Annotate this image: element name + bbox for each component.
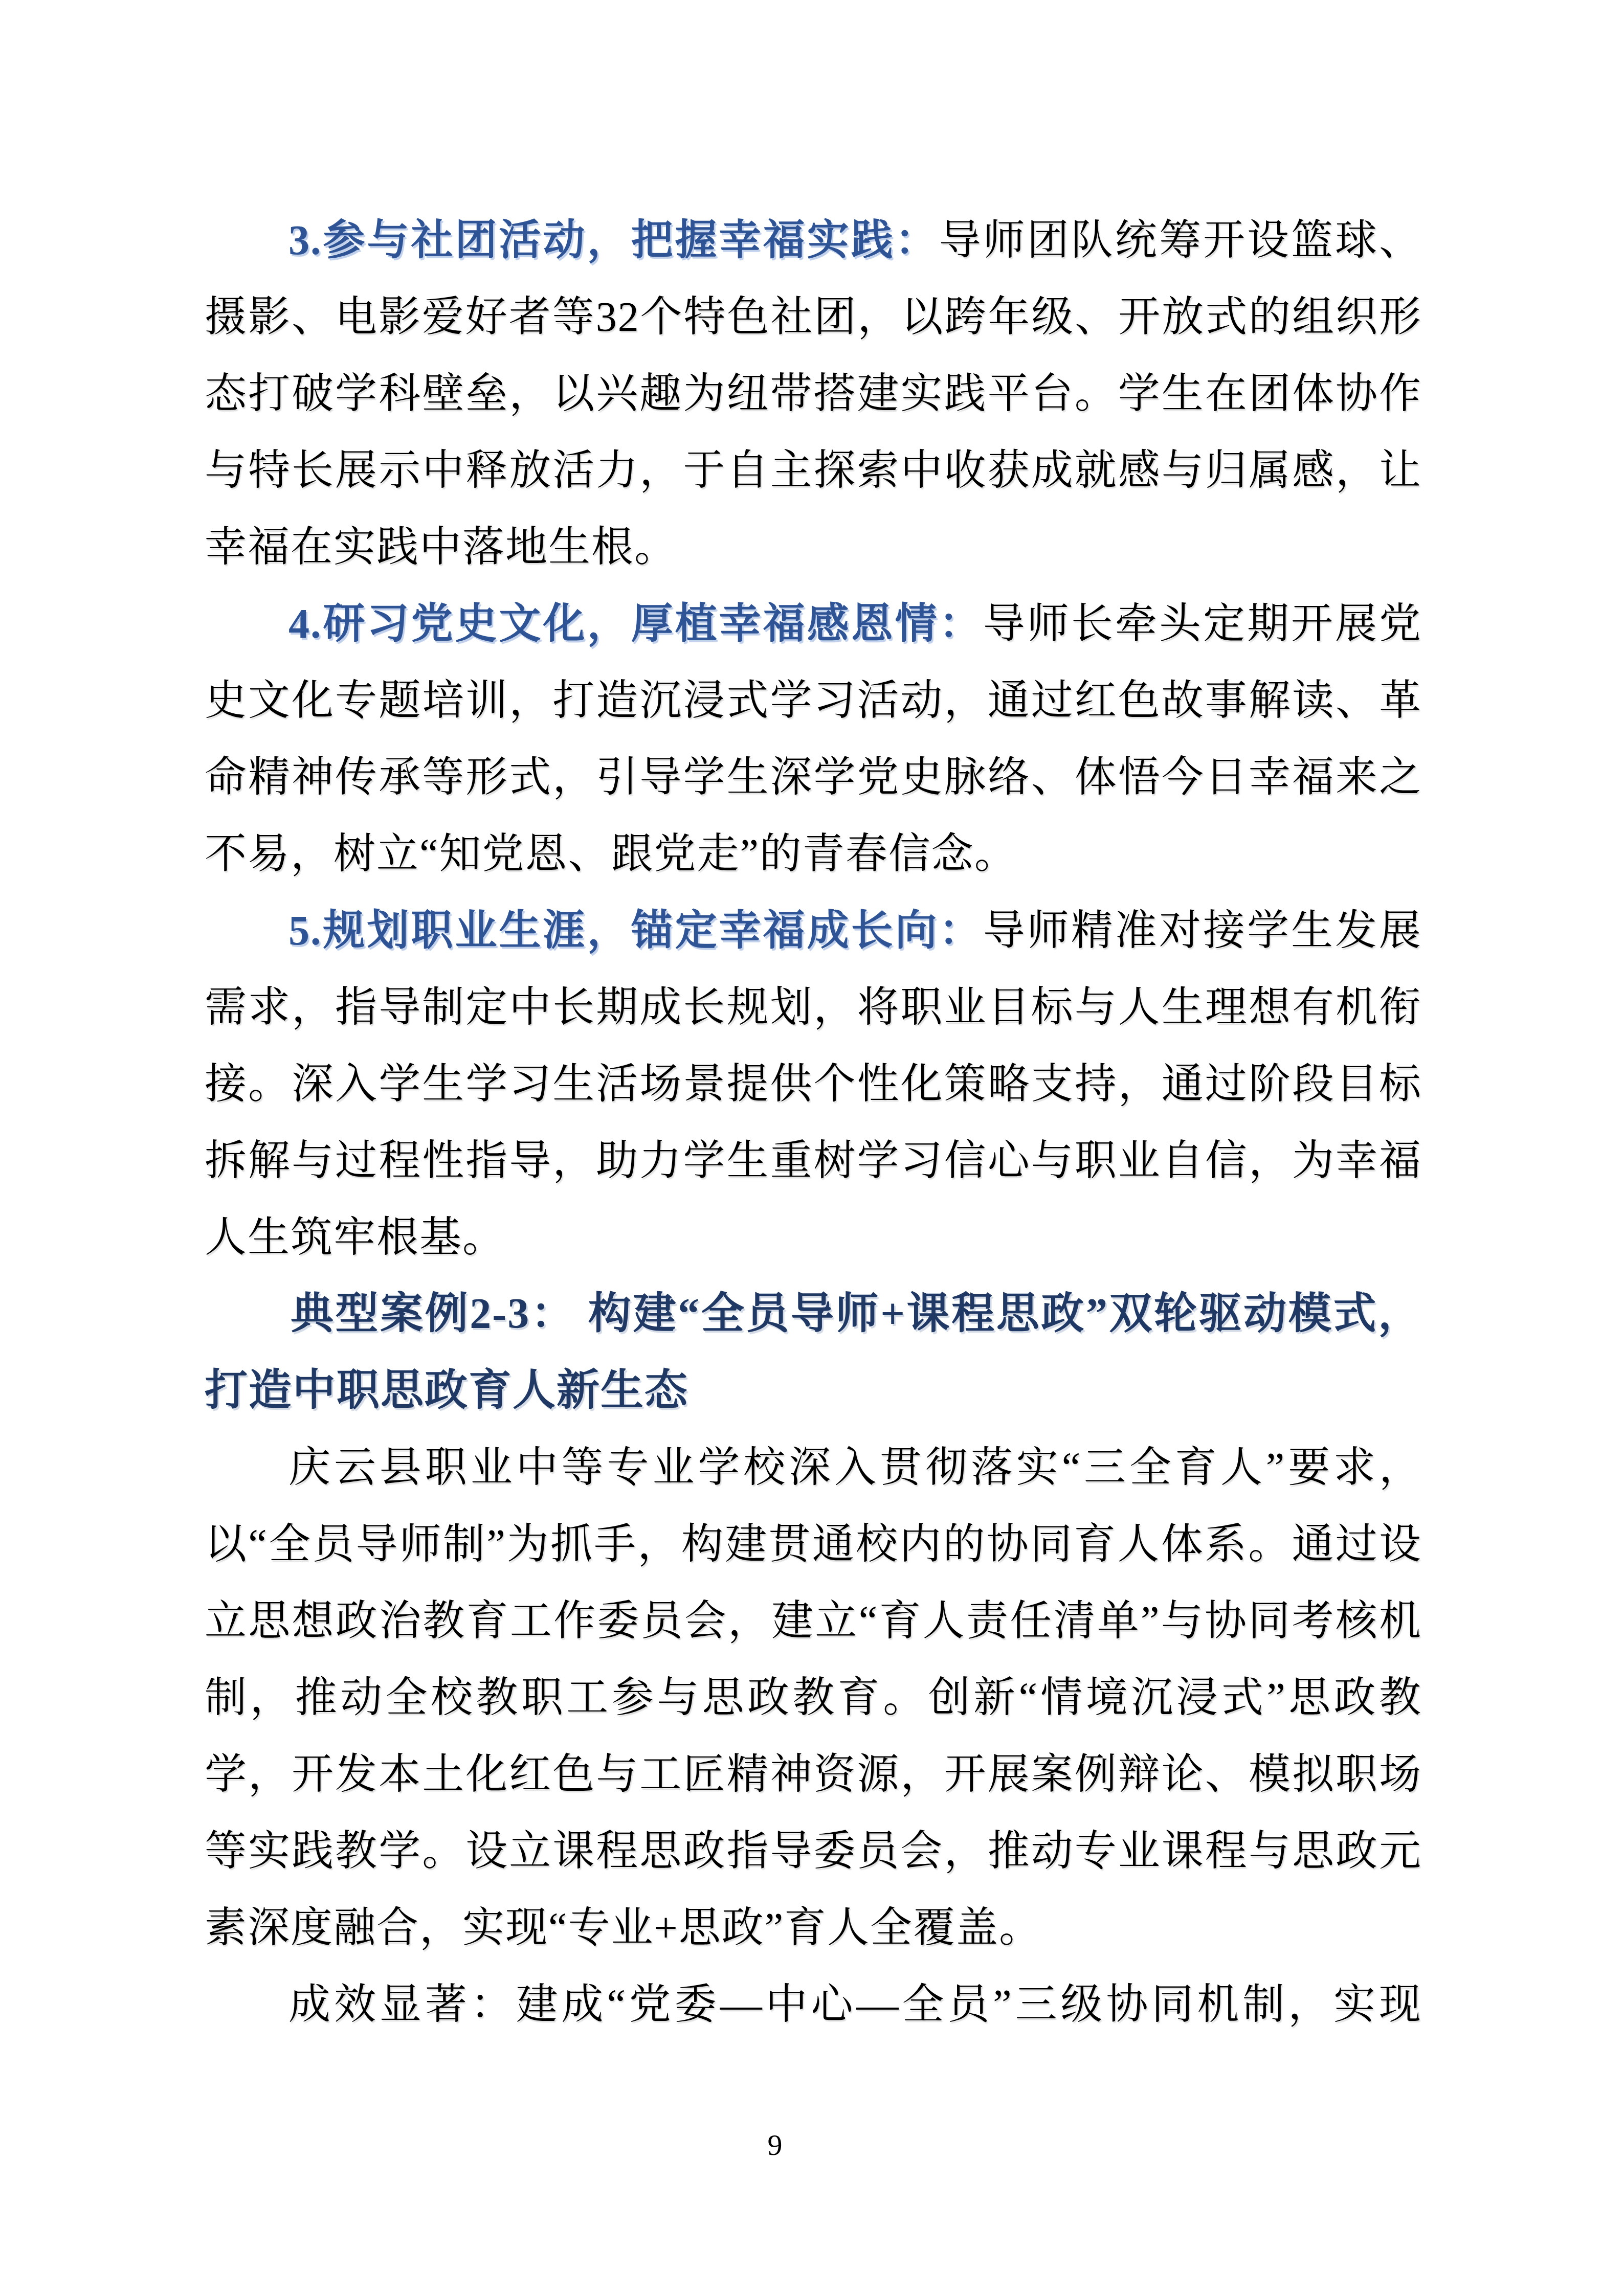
paragraph-3-text: 导师团队统筹开设篮球、摄影、电影爱好者等32个特色社团，以跨年级、开放式的组织形… <box>205 217 1422 570</box>
results-paragraph: 成效显著：建成“党委—中心—全员”三级协同机制，实现 <box>205 1966 1422 2043</box>
paragraph-5-text: 导师精准对接学生发展需求，指导制定中长期成长规划，将职业目标与人生理想有机衔接。… <box>205 907 1422 1260</box>
section-heading-3: 3.参与社团活动，把握幸福实践： <box>288 217 939 263</box>
page-number: 9 <box>0 2127 1550 2163</box>
paragraph-4: 4.研习党史文化，厚植幸福感恩情：导师长牵头定期开展党史文化专题培训，打造沉浸式… <box>205 586 1422 892</box>
paragraph-3: 3.参与社团活动，把握幸福实践：导师团队统筹开设篮球、摄影、电影爱好者等32个特… <box>205 202 1422 586</box>
text-content: 3.参与社团活动，把握幸福实践：导师团队统筹开设篮球、摄影、电影爱好者等32个特… <box>205 202 1422 2043</box>
section-heading-4: 4.研习党史文化，厚植幸福感恩情： <box>288 600 983 647</box>
section-heading-5: 5.规划职业生涯，锚定幸福成长向： <box>288 907 983 954</box>
case-study-heading: 典型案例2-3： 构建“全员导师+课程思政”双轮驱动模式，打造中职思政育人新生态 <box>205 1276 1422 1429</box>
case-body-paragraph: 庆云县职业中等专业学校深入贯彻落实“三全育人”要求，以“全员导师制”为抓手，构建… <box>205 1429 1422 1966</box>
document-page: 3.参与社团活动，把握幸福实践：导师团队统筹开设篮球、摄影、电影爱好者等32个特… <box>0 0 1624 2296</box>
paragraph-5: 5.规划职业生涯，锚定幸福成长向：导师精准对接学生发展需求，指导制定中长期成长规… <box>205 892 1422 1276</box>
